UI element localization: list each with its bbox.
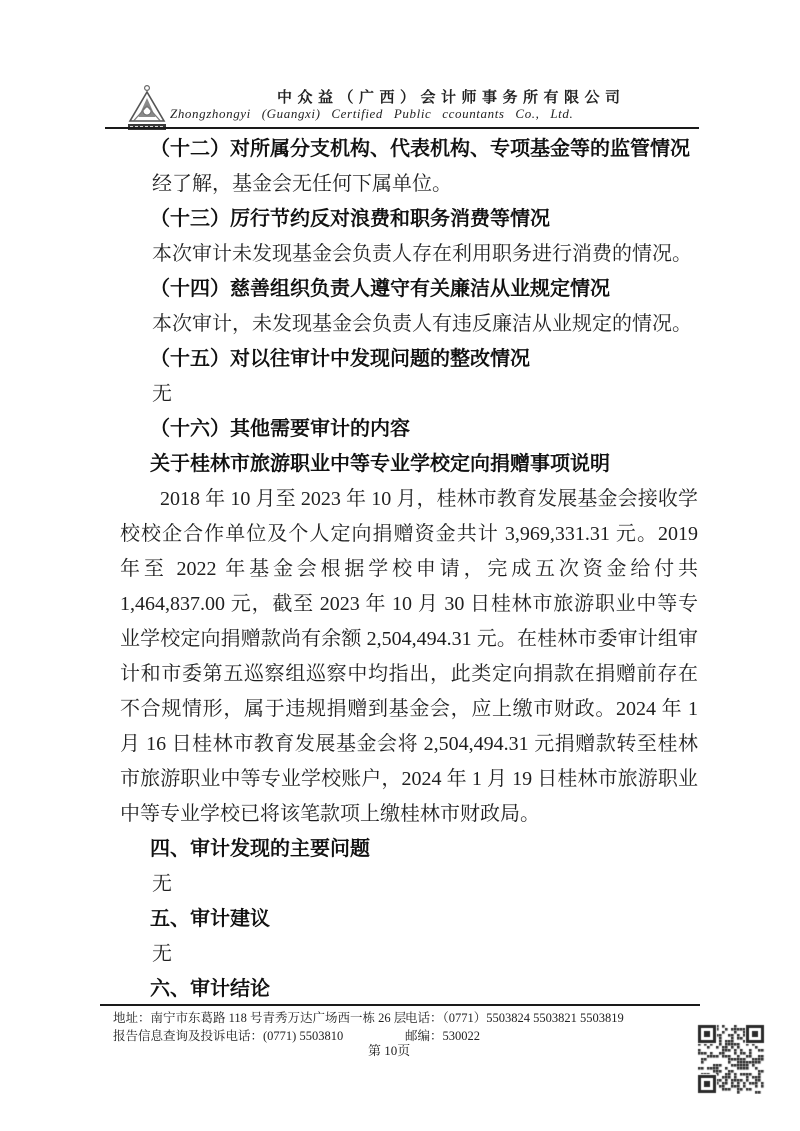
body-text: 无 [120,937,698,972]
body-text: 无 [120,867,698,902]
body-text: 本次审计，未发现基金会负责人有违反廉洁从业规定的情况。 [120,307,698,342]
section-heading: （十二）对所属分支机构、代表机构、专项基金等的监管情况 [120,132,698,167]
section-heading: （十六）其他需要审计的内容 [120,412,698,447]
audit-report-page: 中众益（广西）会计师事务所有限公司 Zhongzhongyi (Guangxi)… [0,0,800,1131]
body-text: 经了解，基金会无任何下属单位。 [120,167,698,202]
body-text: 2018 年 10 月至 2023 年 10 月，桂林市教育发展基金会接收学校校… [120,482,698,832]
page-number: 第 10页 [368,1040,410,1059]
company-name-cn: 中众益（广西）会计师事务所有限公司 [277,86,626,107]
footer-phone: 电话：（0771）5503824 5503821 5503819 [405,1008,624,1026]
company-logo-icon [126,84,168,132]
section-heading: （十五）对以往审计中发现问题的整改情况 [120,342,698,377]
section-heading: 关于桂林市旅游职业中等专业学校定向捐赠事项说明 [120,447,698,482]
document-body: （十二）对所属分支机构、代表机构、专项基金等的监管情况经了解，基金会无任何下属单… [120,132,698,1007]
footer-address: 地址：南宁市东葛路 118 号青秀万达广场西一栋 26 层 [113,1008,406,1026]
section-heading: （十三）厉行节约反对浪费和职务消费等情况 [120,202,698,237]
body-text: 无 [120,377,698,412]
footer-report-hotline: 报告信息查询及投诉电话：(0771) 5503810 [113,1026,343,1044]
section-heading: 四、审计发现的主要问题 [120,832,698,867]
section-heading: 五、审计建议 [120,902,698,937]
footer-divider [100,1004,700,1006]
letterhead-divider [105,127,699,129]
company-name-en: Zhongzhongyi (Guangxi) Certified Public … [170,106,573,122]
section-heading: 六、审计结论 [120,972,698,1007]
body-text: 本次审计未发现基金会负责人存在利用职务进行消费的情况。 [120,237,698,272]
qr-code [697,1024,765,1094]
section-heading: （十四）慈善组织负责人遵守有关廉洁从业规定情况 [120,272,698,307]
footer-postcode: 邮编：530022 [405,1026,480,1044]
